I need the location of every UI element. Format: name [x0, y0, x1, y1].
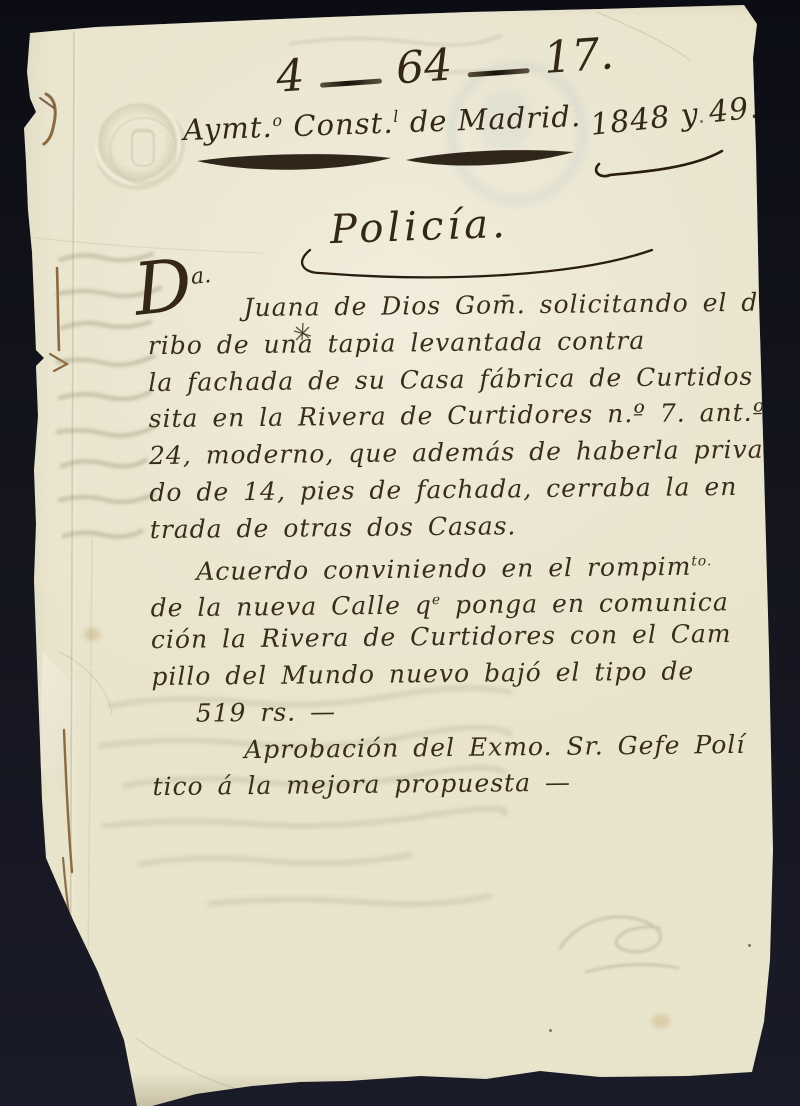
ink-dash [320, 78, 382, 87]
manuscript-line: ción la Rivera de Curtidores con el Cam [151, 616, 741, 659]
office-heading-part: de Madrid. [399, 99, 582, 139]
paper-stain [652, 1014, 670, 1028]
ink-speck [748, 944, 751, 947]
manuscript-line: Acuerdo conviniendo en el rompimto. [150, 542, 740, 585]
binding-thread [40, 94, 73, 942]
manuscript-line: la fachada de su Casa fábrica de Curtido… [148, 359, 738, 402]
manuscript-line-sup: to. [691, 553, 712, 569]
drop-cap-sup: a. [190, 263, 213, 290]
manuscript-line: ribo de una tapia levantada contra [148, 322, 738, 365]
office-heading-part: Const. [283, 106, 394, 144]
manuscript-line: sita en la Rivera de Curtidores n.º 7. a… [148, 395, 738, 438]
ref-part-1: 4 [275, 50, 306, 103]
manuscript-line: Aprobación del Exmo. Sr. Gefe Polí [152, 726, 742, 769]
office-heading-part: Aymt. [183, 110, 274, 147]
ref-part-3: 17. [542, 28, 615, 84]
manuscript-page: 4 64 17. Aymt.o Const.l de Madrid. 1848 … [0, 0, 800, 1106]
manuscript-body: Juana de Dios Gom̄. solicitando el der r… [147, 285, 742, 806]
manuscript-line: trada de otras dos Casas. [150, 506, 740, 549]
manuscript-line-part: ponga en comunica [441, 588, 729, 620]
section-title: Policía. [329, 201, 509, 253]
embossed-seal-crest [131, 129, 155, 167]
ink-dash [468, 68, 530, 77]
years-heading: 1848 y 49. [589, 90, 762, 143]
manuscript-line: de la nueva Calle qe ponga en comunica [150, 579, 740, 622]
manuscript-line-part: de la nueva Calle q [150, 591, 432, 623]
manuscript-line: do de 14, pies de fachada, cerraba la en [149, 469, 739, 512]
archival-photo-background: 4 64 17. Aymt.o Const.l de Madrid. 1848 … [0, 0, 800, 1106]
manuscript-line: Juana de Dios Gom̄. solicitando el der [147, 285, 737, 328]
manuscript-line: 24, moderno, que además de haberla priva [149, 432, 739, 475]
embossed-seal [95, 103, 187, 195]
paper-stain [84, 628, 100, 641]
torn-edge-flap [40, 648, 84, 798]
manuscript-line: tico á la mejora propuesta — [152, 763, 742, 806]
manuscript-line: 519 rs. — [152, 690, 742, 733]
ink-speck [549, 1029, 552, 1032]
ref-part-2: 64 [394, 40, 453, 95]
manuscript-line: pillo del Mundo nuevo bajó el tipo de [151, 653, 741, 696]
